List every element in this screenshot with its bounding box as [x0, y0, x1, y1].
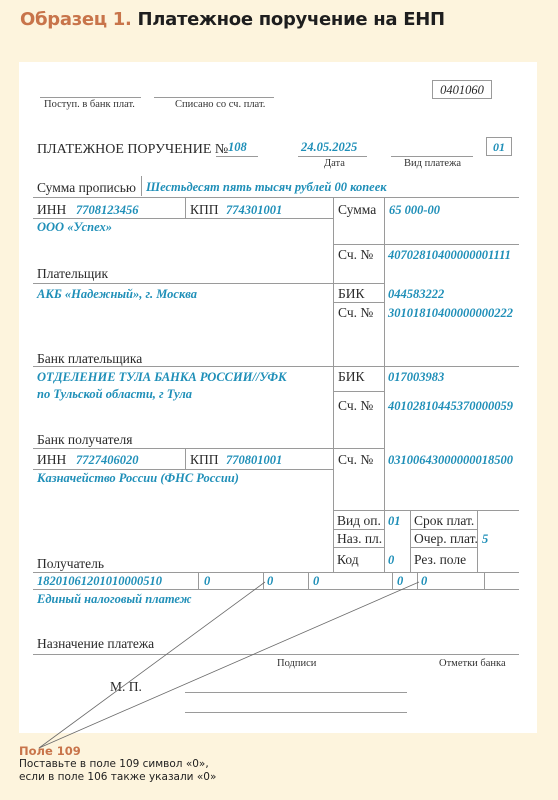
field-109-note: Поле 109 Поставьте в поле 109 символ «0»… — [19, 744, 216, 784]
note-title: Поле 109 — [19, 744, 216, 758]
note-line-1: Поставьте в поле 109 символ «0», — [19, 758, 216, 771]
note-line-2: если в поле 106 также указали «0» — [19, 771, 216, 784]
callout-leader-lines — [0, 0, 558, 800]
